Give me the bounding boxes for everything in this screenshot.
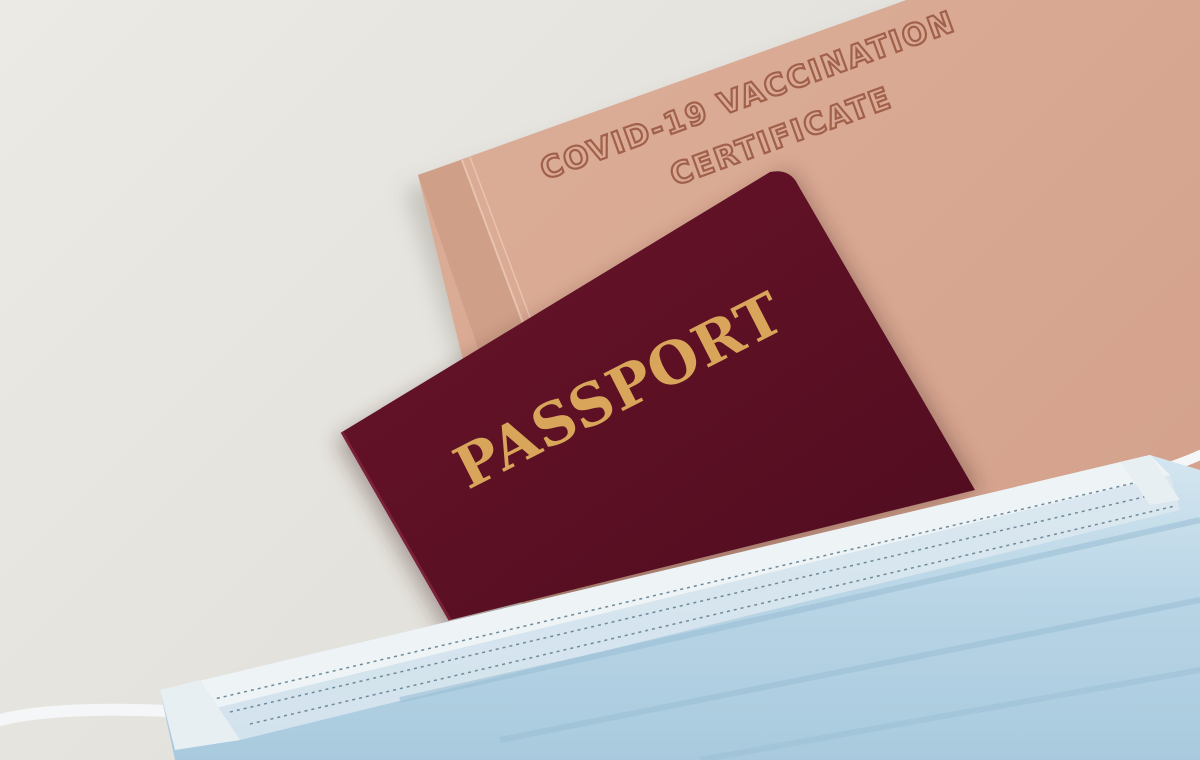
photo-scene: COVID-19 VACCINATION CERTIFICATE PASSPOR… [0, 0, 1200, 760]
scene-illustration: COVID-19 VACCINATION CERTIFICATE PASSPOR… [0, 0, 1200, 760]
